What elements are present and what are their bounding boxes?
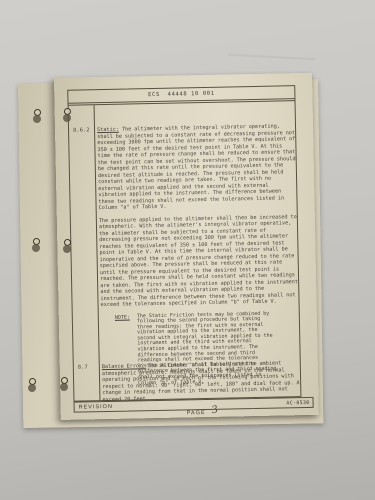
section-number-8-7: 8.7 <box>78 364 88 370</box>
heading-static: Static: <box>97 127 119 133</box>
paragraph-pressure: The pressure applied to the altimeter sh… <box>99 214 301 309</box>
body-text-column: Static:The altimeter with the integral v… <box>97 123 302 387</box>
form-number: AC-0530 <box>286 399 309 405</box>
paragraph-balance-error: Balance Error:The Altimeter shall be sub… <box>102 360 303 403</box>
punch-hole <box>28 378 38 393</box>
section-number-8-6-2: 8.6.2 <box>73 127 90 133</box>
page-label: PAGE <box>187 410 206 416</box>
paragraph-static: Static:The altimeter with the integral v… <box>97 123 299 211</box>
punch-hole <box>32 238 42 253</box>
punch-hole <box>33 109 43 124</box>
paragraph-static-text: The altimeter with the integral vibrator… <box>97 123 295 211</box>
punch-hole <box>60 377 70 392</box>
revision-label: REVISION <box>79 403 113 410</box>
form-border-box: ECS 44448 10 001 8.6.2 8.7 Static:The al… <box>67 85 301 402</box>
punch-hole <box>63 108 73 123</box>
backdrop-crease <box>228 54 316 61</box>
punch-hole <box>63 239 73 254</box>
document-page: ECS 44448 10 001 8.6.2 8.7 Static:The al… <box>54 73 319 420</box>
form-header-row: ECS 44448 10 001 <box>68 86 294 106</box>
document-code: ECS 44448 10 001 <box>148 91 215 98</box>
